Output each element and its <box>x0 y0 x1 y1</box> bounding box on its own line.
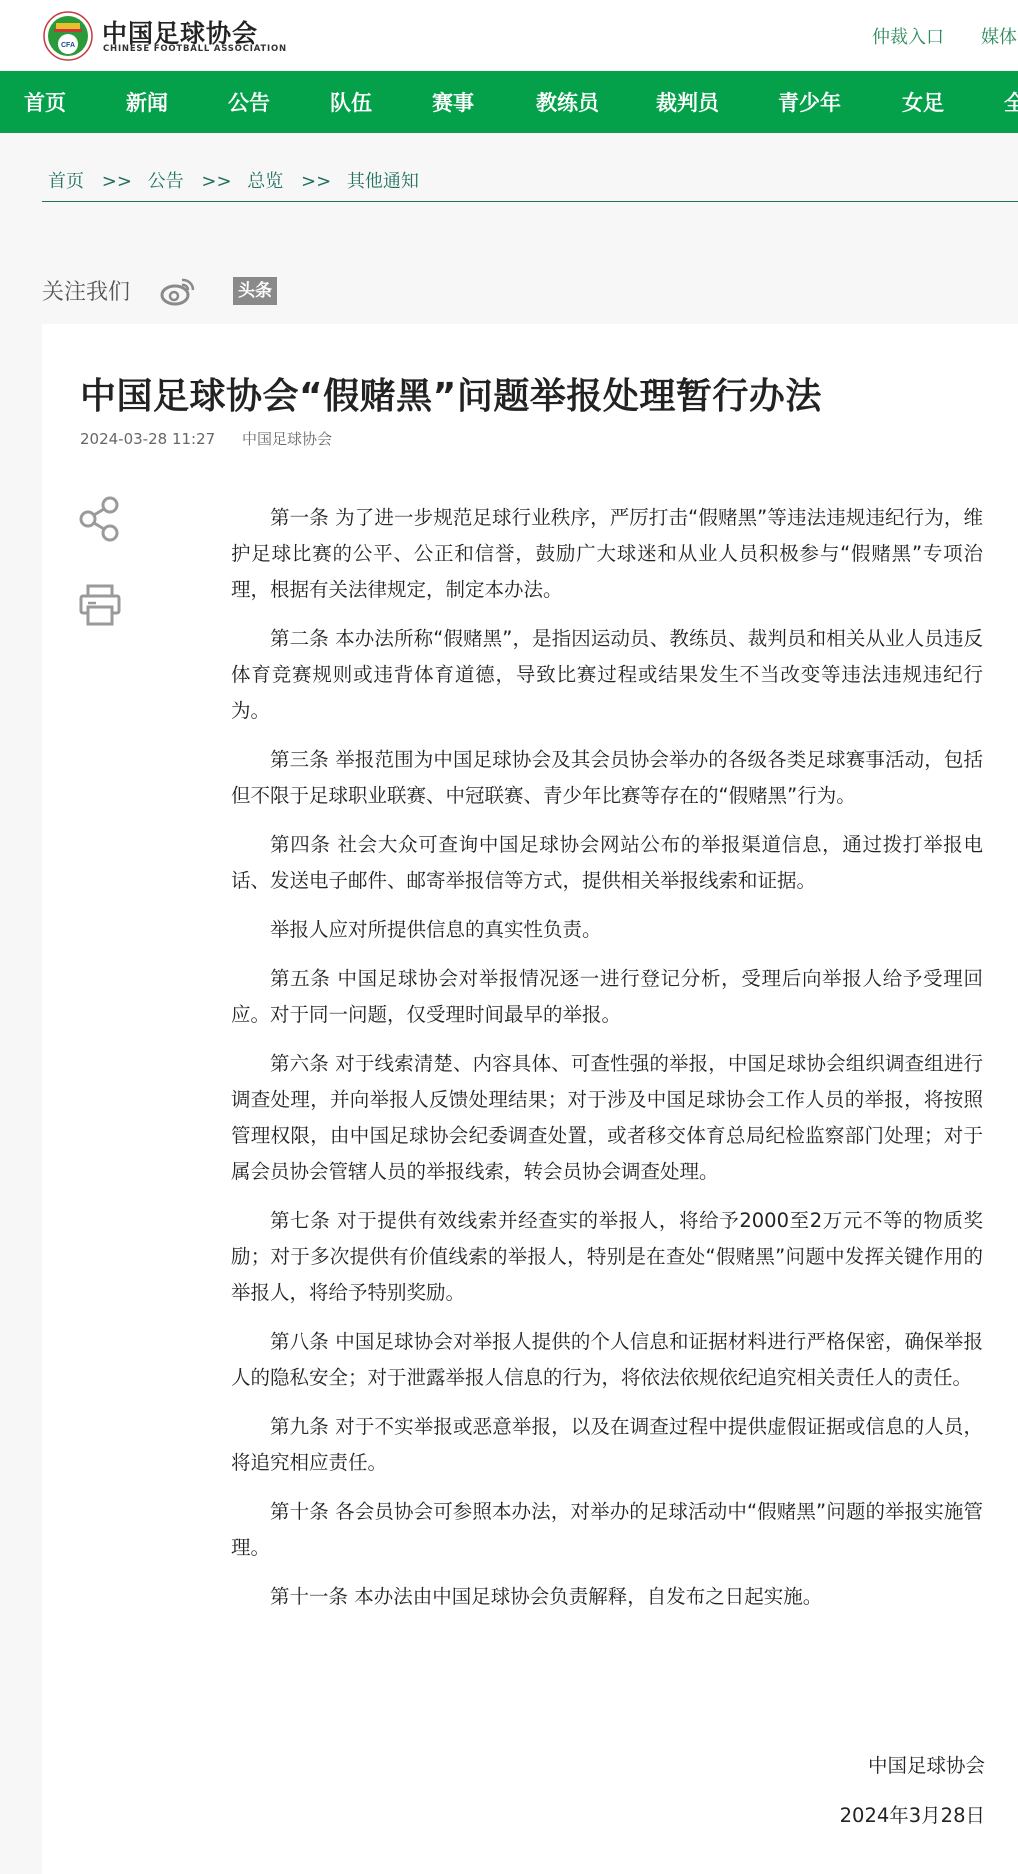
article-paragraph: 第五条 中国足球协会对举报情况逐一进行登记分析，受理后向举报人给予受理回应。对于… <box>231 961 983 1033</box>
publish-datetime: 2024-03-28 11:27 <box>80 430 215 448</box>
article-paragraph: 第十条 各会员协会可参照本办法，对举办的足球活动中“假赌黑”问题的举报实施管理。 <box>231 1494 983 1566</box>
article-body: 第一条 为了进一步规范足球行业秩序，严厉打击“假赌黑”等违法违规违纪行为，维护足… <box>231 500 983 1628</box>
breadcrumb-other-notice[interactable]: 其他通知 <box>347 171 419 192</box>
article-paragraph: 第二条 本办法所称“假赌黑”，是指因运动员、教练员、裁判员和相关从业人员违反体育… <box>231 621 983 729</box>
breadcrumb-overview[interactable]: 总览 <box>247 171 283 192</box>
nav-item-women[interactable]: 女足 <box>902 87 944 117</box>
article-meta: 2024-03-28 11:27 中国足球协会 <box>80 428 332 449</box>
article-paragraph: 第三条 举报范围为中国足球协会及其会员协会举办的各级各类足球赛事活动，包括但不限… <box>231 742 983 814</box>
print-icon[interactable] <box>78 583 122 627</box>
nav-item-home[interactable]: 首页 <box>24 87 66 117</box>
share-icon[interactable] <box>78 496 122 542</box>
article-paragraph: 举报人应对所提供信息的真实性负责。 <box>231 912 983 948</box>
signature-date: 2024年3月28日 <box>840 1800 985 1828</box>
media-link[interactable]: 媒体专区 <box>981 23 1018 49</box>
nav-item-teams[interactable]: 队伍 <box>330 87 372 117</box>
arbitration-link[interactable]: 仲裁入口 <box>872 23 944 49</box>
breadcrumb: 首页 >> 公告 >> 总览 >> 其他通知 <box>48 167 419 193</box>
article-paragraph: 第七条 对于提供有效线索并经查实的举报人，将给予2000至2万元不等的物质奖励；… <box>231 1203 983 1311</box>
cfa-logo-icon[interactable]: CFA <box>42 11 94 61</box>
breadcrumb-notice[interactable]: 公告 <box>148 171 184 192</box>
breadcrumb-divider <box>42 201 1018 202</box>
toutiao-icon[interactable]: 头条 <box>233 277 277 305</box>
breadcrumb-sep: >> <box>301 171 331 192</box>
article-source: 中国足球协会 <box>242 430 332 448</box>
nav-item-notice[interactable]: 公告 <box>228 87 270 117</box>
nav-item-youth[interactable]: 青少年 <box>778 87 841 117</box>
article-paragraph: 第八条 中国足球协会对举报人提供的个人信息和证据材料进行严格保密，确保举报人的隐… <box>231 1324 983 1396</box>
nav-item-coaches[interactable]: 教练员 <box>536 87 599 117</box>
breadcrumb-sep: >> <box>201 171 231 192</box>
article-paragraph: 第四条 社会大众可查询中国足球协会网站公布的举报渠道信息，通过拨打举报电话、发送… <box>231 827 983 899</box>
nav-item-referees[interactable]: 裁判员 <box>656 87 719 117</box>
site-header: CFA 中国足球协会 CHINESE FOOTBALL ASSOCIATION … <box>0 0 1018 70</box>
article-paragraph: 第十一条 本办法由中国足球协会负责解释，自发布之日起实施。 <box>231 1579 983 1615</box>
nav-item-events[interactable]: 赛事 <box>432 87 474 117</box>
breadcrumb-sep: >> <box>102 171 132 192</box>
nav-item-more[interactable]: 全 <box>1004 87 1018 117</box>
nav-item-news[interactable]: 新闻 <box>126 87 168 117</box>
logo-title-en: CHINESE FOOTBALL ASSOCIATION <box>103 44 287 54</box>
article-paragraph: 第一条 为了进一步规范足球行业秩序，严厉打击“假赌黑”等违法违规违纪行为，维护足… <box>231 500 983 608</box>
article-title: 中国足球协会“假赌黑”问题举报处理暂行办法 <box>80 368 822 419</box>
weibo-icon[interactable] <box>160 276 196 306</box>
article-paragraph: 第九条 对于不实举报或恶意举报，以及在调查过程中提供虚假证据或信息的人员，将追究… <box>231 1409 983 1481</box>
breadcrumb-home[interactable]: 首页 <box>48 171 84 192</box>
signature-org: 中国足球协会 <box>868 1750 985 1778</box>
follow-us-label: 关注我们 <box>42 275 130 306</box>
main-nav: 首页 新闻 公告 队伍 赛事 教练员 裁判员 青少年 女足 全 <box>0 71 1018 133</box>
svg-text:CFA: CFA <box>61 42 75 49</box>
article-paragraph: 第六条 对于线索清楚、内容具体、可查性强的举报，中国足球协会组织调查组进行调查处… <box>231 1046 983 1190</box>
